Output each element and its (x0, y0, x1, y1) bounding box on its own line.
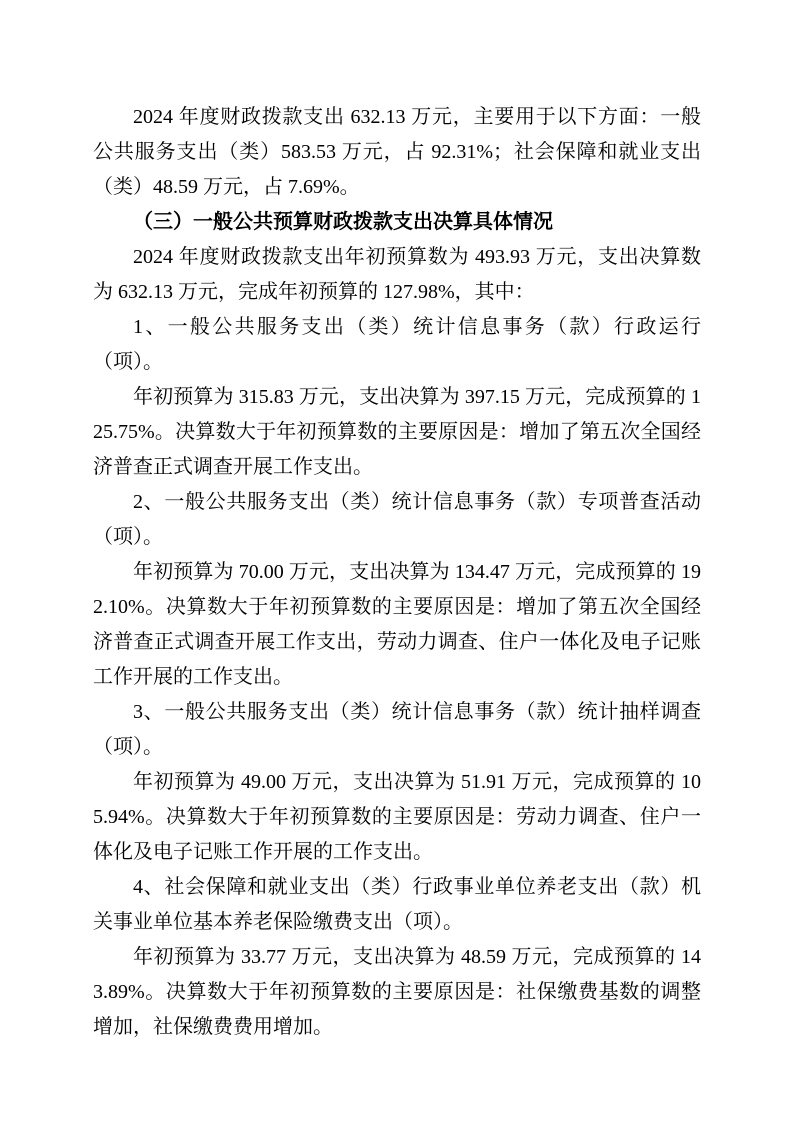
section-heading: （三）一般公共预算财政拨款支出决算具体情况 (93, 205, 701, 240)
paragraph: 2、一般公共服务支出（类）统计信息事务（款）专项普查活动（项）。 (93, 485, 701, 555)
paragraph: 年初预算为 315.83 万元，支出决算为 397.15 万元，完成预算的 12… (93, 380, 701, 485)
paragraph: 3、一般公共服务支出（类）统计信息事务（款）统计抽样调查（项）。 (93, 695, 701, 765)
paragraph: 2024 年度财政拨款支出 632.13 万元，主要用于以下方面：一般公共服务支… (93, 100, 701, 205)
paragraph-list: 2024 年度财政拨款支出 632.13 万元，主要用于以下方面：一般公共服务支… (93, 100, 701, 1045)
paragraph: 年初预算为 70.00 万元，支出决算为 134.47 万元，完成预算的 192… (93, 555, 701, 695)
paragraph: 年初预算为 33.77 万元，支出决算为 48.59 万元，完成预算的 143.… (93, 940, 701, 1045)
paragraph: 年初预算为 49.00 万元，支出决算为 51.91 万元，完成预算的 105.… (93, 765, 701, 870)
paragraph: 1、一般公共服务支出（类）统计信息事务（款）行政运行（项）。 (93, 310, 701, 380)
paragraph: 4、社会保障和就业支出（类）行政事业单位养老支出（款）机关事业单位基本养老保险缴… (93, 870, 701, 940)
document-page: 2024 年度财政拨款支出 632.13 万元，主要用于以下方面：一般公共服务支… (0, 0, 793, 1122)
paragraph: 2024 年度财政拨款支出年初预算数为 493.93 万元，支出决算数为 632… (93, 240, 701, 310)
